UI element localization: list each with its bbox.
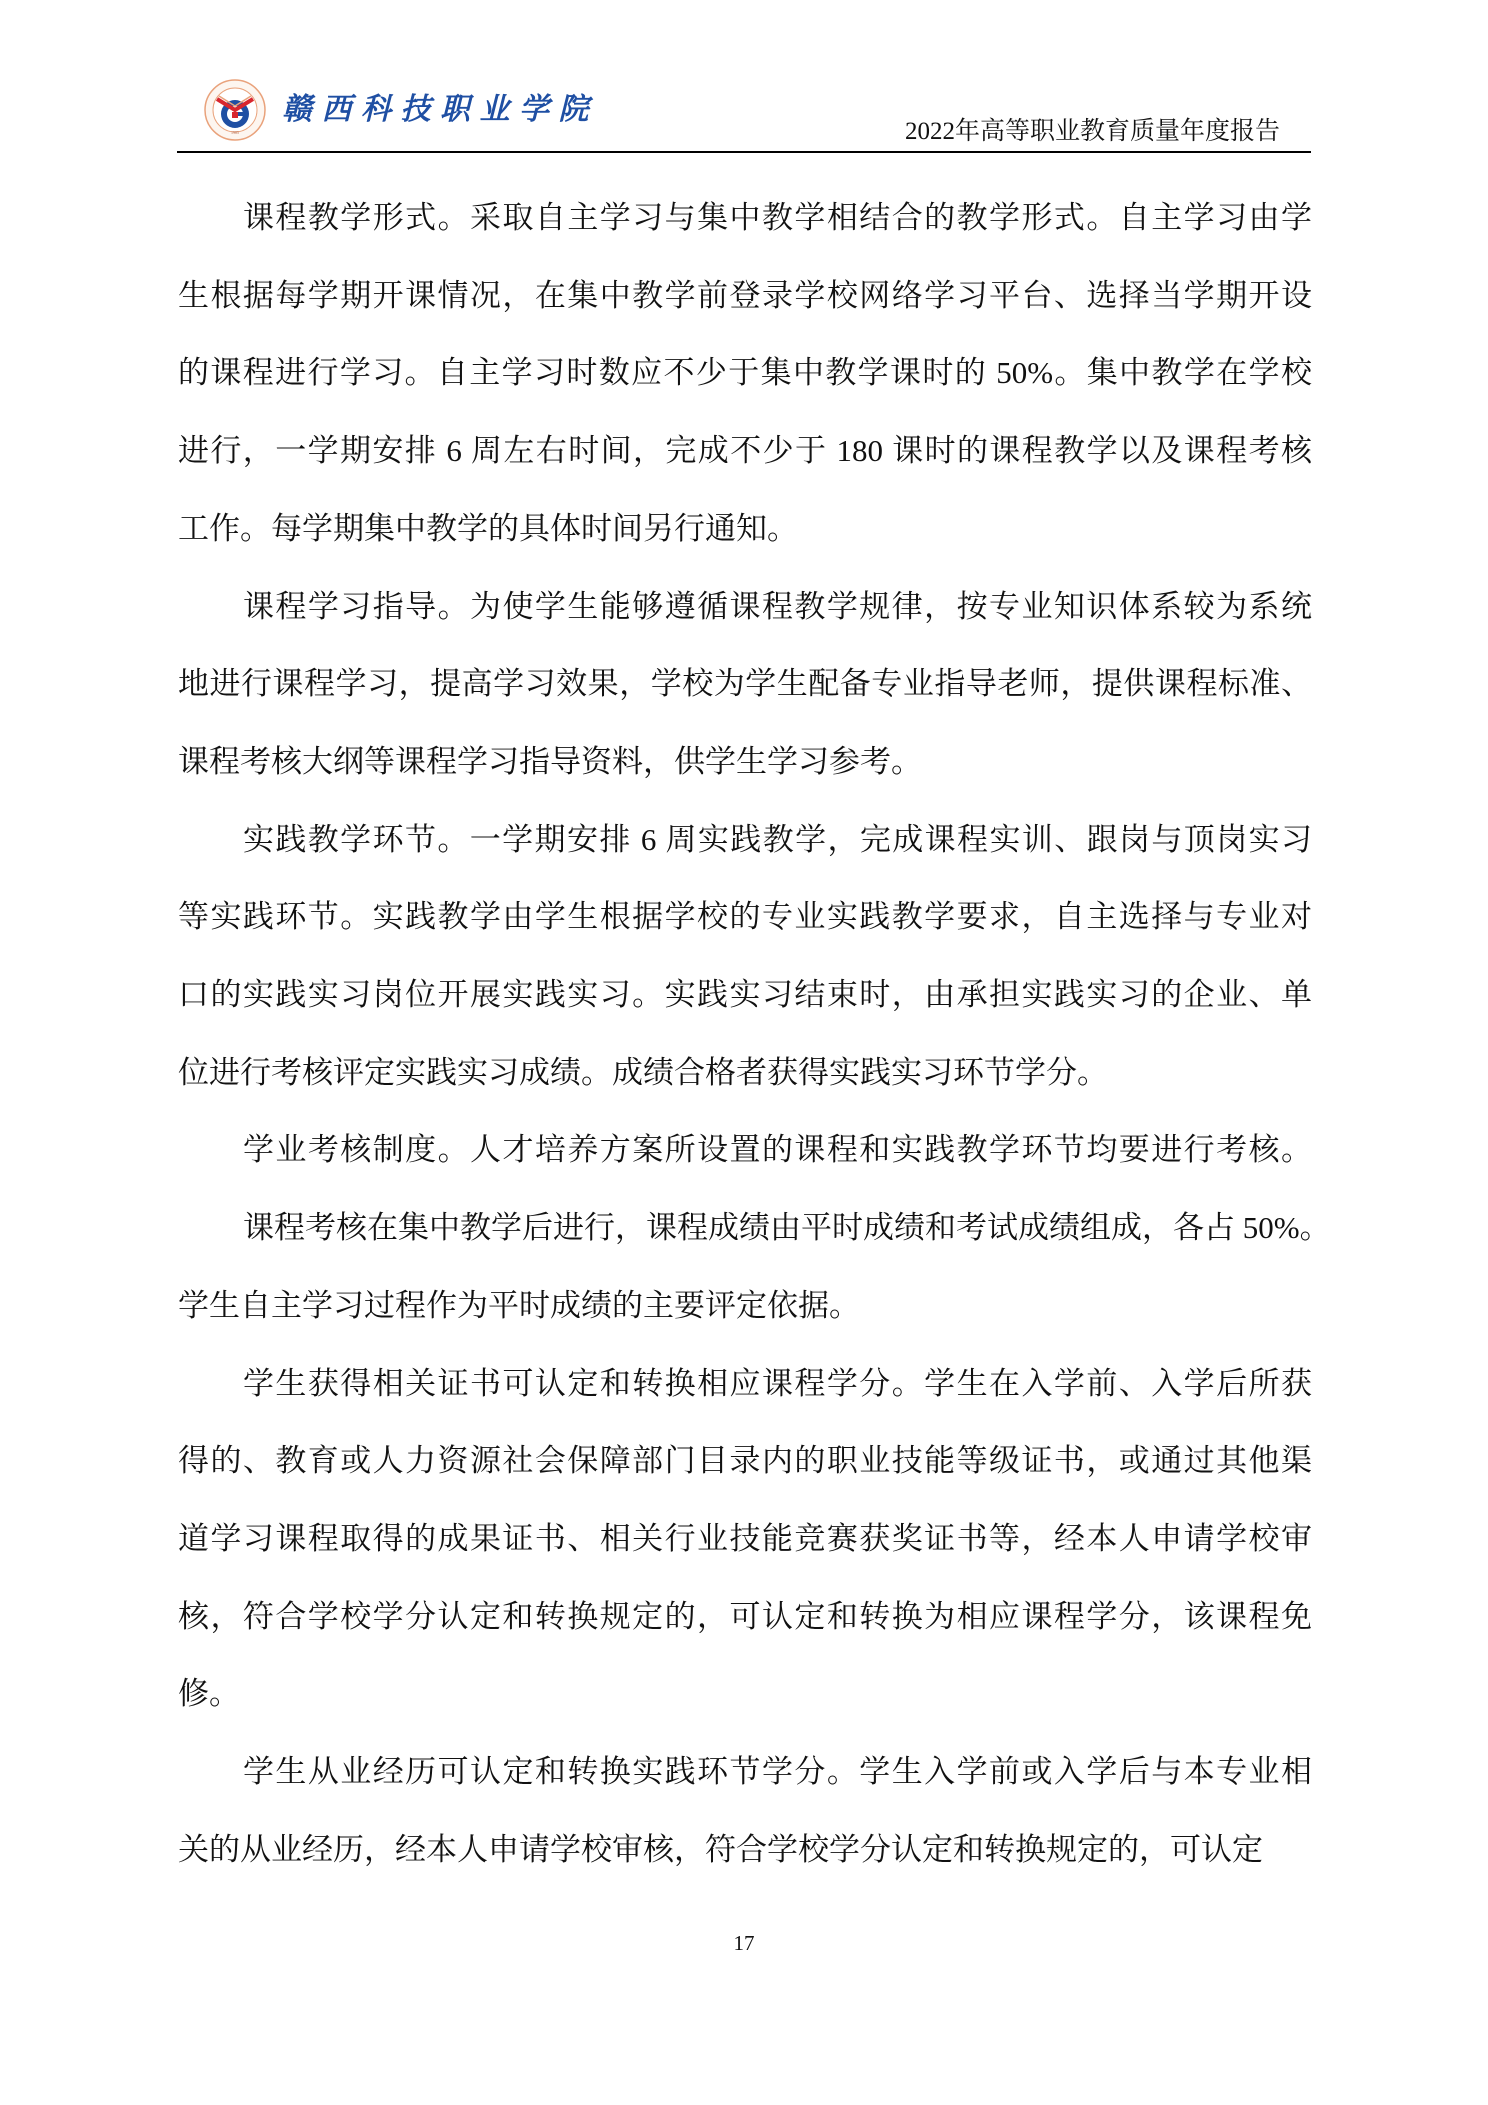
college-emblem-icon: 1985 <box>204 79 266 141</box>
report-title: 2022年高等职业教育质量年度报告 <box>905 116 1280 148</box>
text-line: 学生自主学习过程作为平时成绩的主要评定依据。 <box>178 1286 1312 1326</box>
text-line: 道学习课程取得的成果证书、相关行业技能竞赛获奖证书等，经本人申请学校审 <box>178 1519 1312 1559</box>
text-line: 得的、教育或人力资源社会保障部门目录内的职业技能等级证书，或通过其他渠 <box>178 1441 1312 1481</box>
text-line: 进行，一学期安排 6 周左右时间，完成不少于 180 课时的课程教学以及课程考核 <box>178 431 1312 471</box>
text-line: 学业考核制度。人才培养方案所设置的课程和实践教学环节均要进行考核。 <box>243 1130 1312 1170</box>
svg-text:1985: 1985 <box>231 130 239 135</box>
text-line: 课程学习指导。为使学生能够遵循课程教学规律，按专业知识体系较为系统 <box>243 587 1312 627</box>
text-line: 口的实践实习岗位开展实践实习。实践实习结束时，由承担实践实习的企业、单 <box>178 975 1312 1015</box>
text-line: 生根据每学期开课情况，在集中教学前登录学校网络学习平台、选择当学期开设 <box>178 276 1312 316</box>
text-line: 学生从业经历可认定和转换实践环节学分。学生入学前或入学后与本专业相 <box>243 1752 1312 1792</box>
text-line: 课程考核大纲等课程学习指导资料，供学生学习参考。 <box>178 742 1312 782</box>
text-line: 实践教学环节。一学期安排 6 周实践教学，完成课程实训、跟岗与顶岗实习 <box>243 820 1312 860</box>
text-line: 课程考核在集中教学后进行，课程成绩由平时成绩和考试成绩组成，各占 50%。 <box>243 1208 1312 1248</box>
text-line: 修。 <box>178 1674 1312 1714</box>
header-divider <box>177 151 1311 153</box>
text-line: 位进行考核评定实践实习成绩。成绩合格者获得实践实习环节学分。 <box>178 1053 1312 1093</box>
institution-name: 赣西科技职业学院 <box>282 90 598 130</box>
page-header: 1985 赣西科技职业学院 2022年高等职业教育质量年度报告 <box>0 0 1488 160</box>
text-line: 等实践环节。实践教学由学生根据学校的专业实践教学要求，自主选择与专业对 <box>178 897 1312 937</box>
text-line: 地进行课程学习，提高学习效果，学校为学生配备专业指导老师，提供课程标准、 <box>178 664 1312 704</box>
text-line: 的课程进行学习。自主学习时数应不少于集中教学课时的 50%。集中教学在学校 <box>178 353 1312 393</box>
text-line: 课程教学形式。采取自主学习与集中教学相结合的教学形式。自主学习由学 <box>243 198 1312 238</box>
text-line: 学生获得相关证书可认定和转换相应课程学分。学生在入学前、入学后所获 <box>243 1364 1312 1404</box>
text-line: 工作。每学期集中教学的具体时间另行通知。 <box>178 509 1312 549</box>
page-number: 17 <box>0 1930 1488 1956</box>
text-line: 核，符合学校学分认定和转换规定的，可认定和转换为相应课程学分，该课程免 <box>178 1597 1312 1637</box>
text-line: 关的从业经历，经本人申请学校审核，符合学校学分认定和转换规定的，可认定 <box>178 1830 1312 1870</box>
